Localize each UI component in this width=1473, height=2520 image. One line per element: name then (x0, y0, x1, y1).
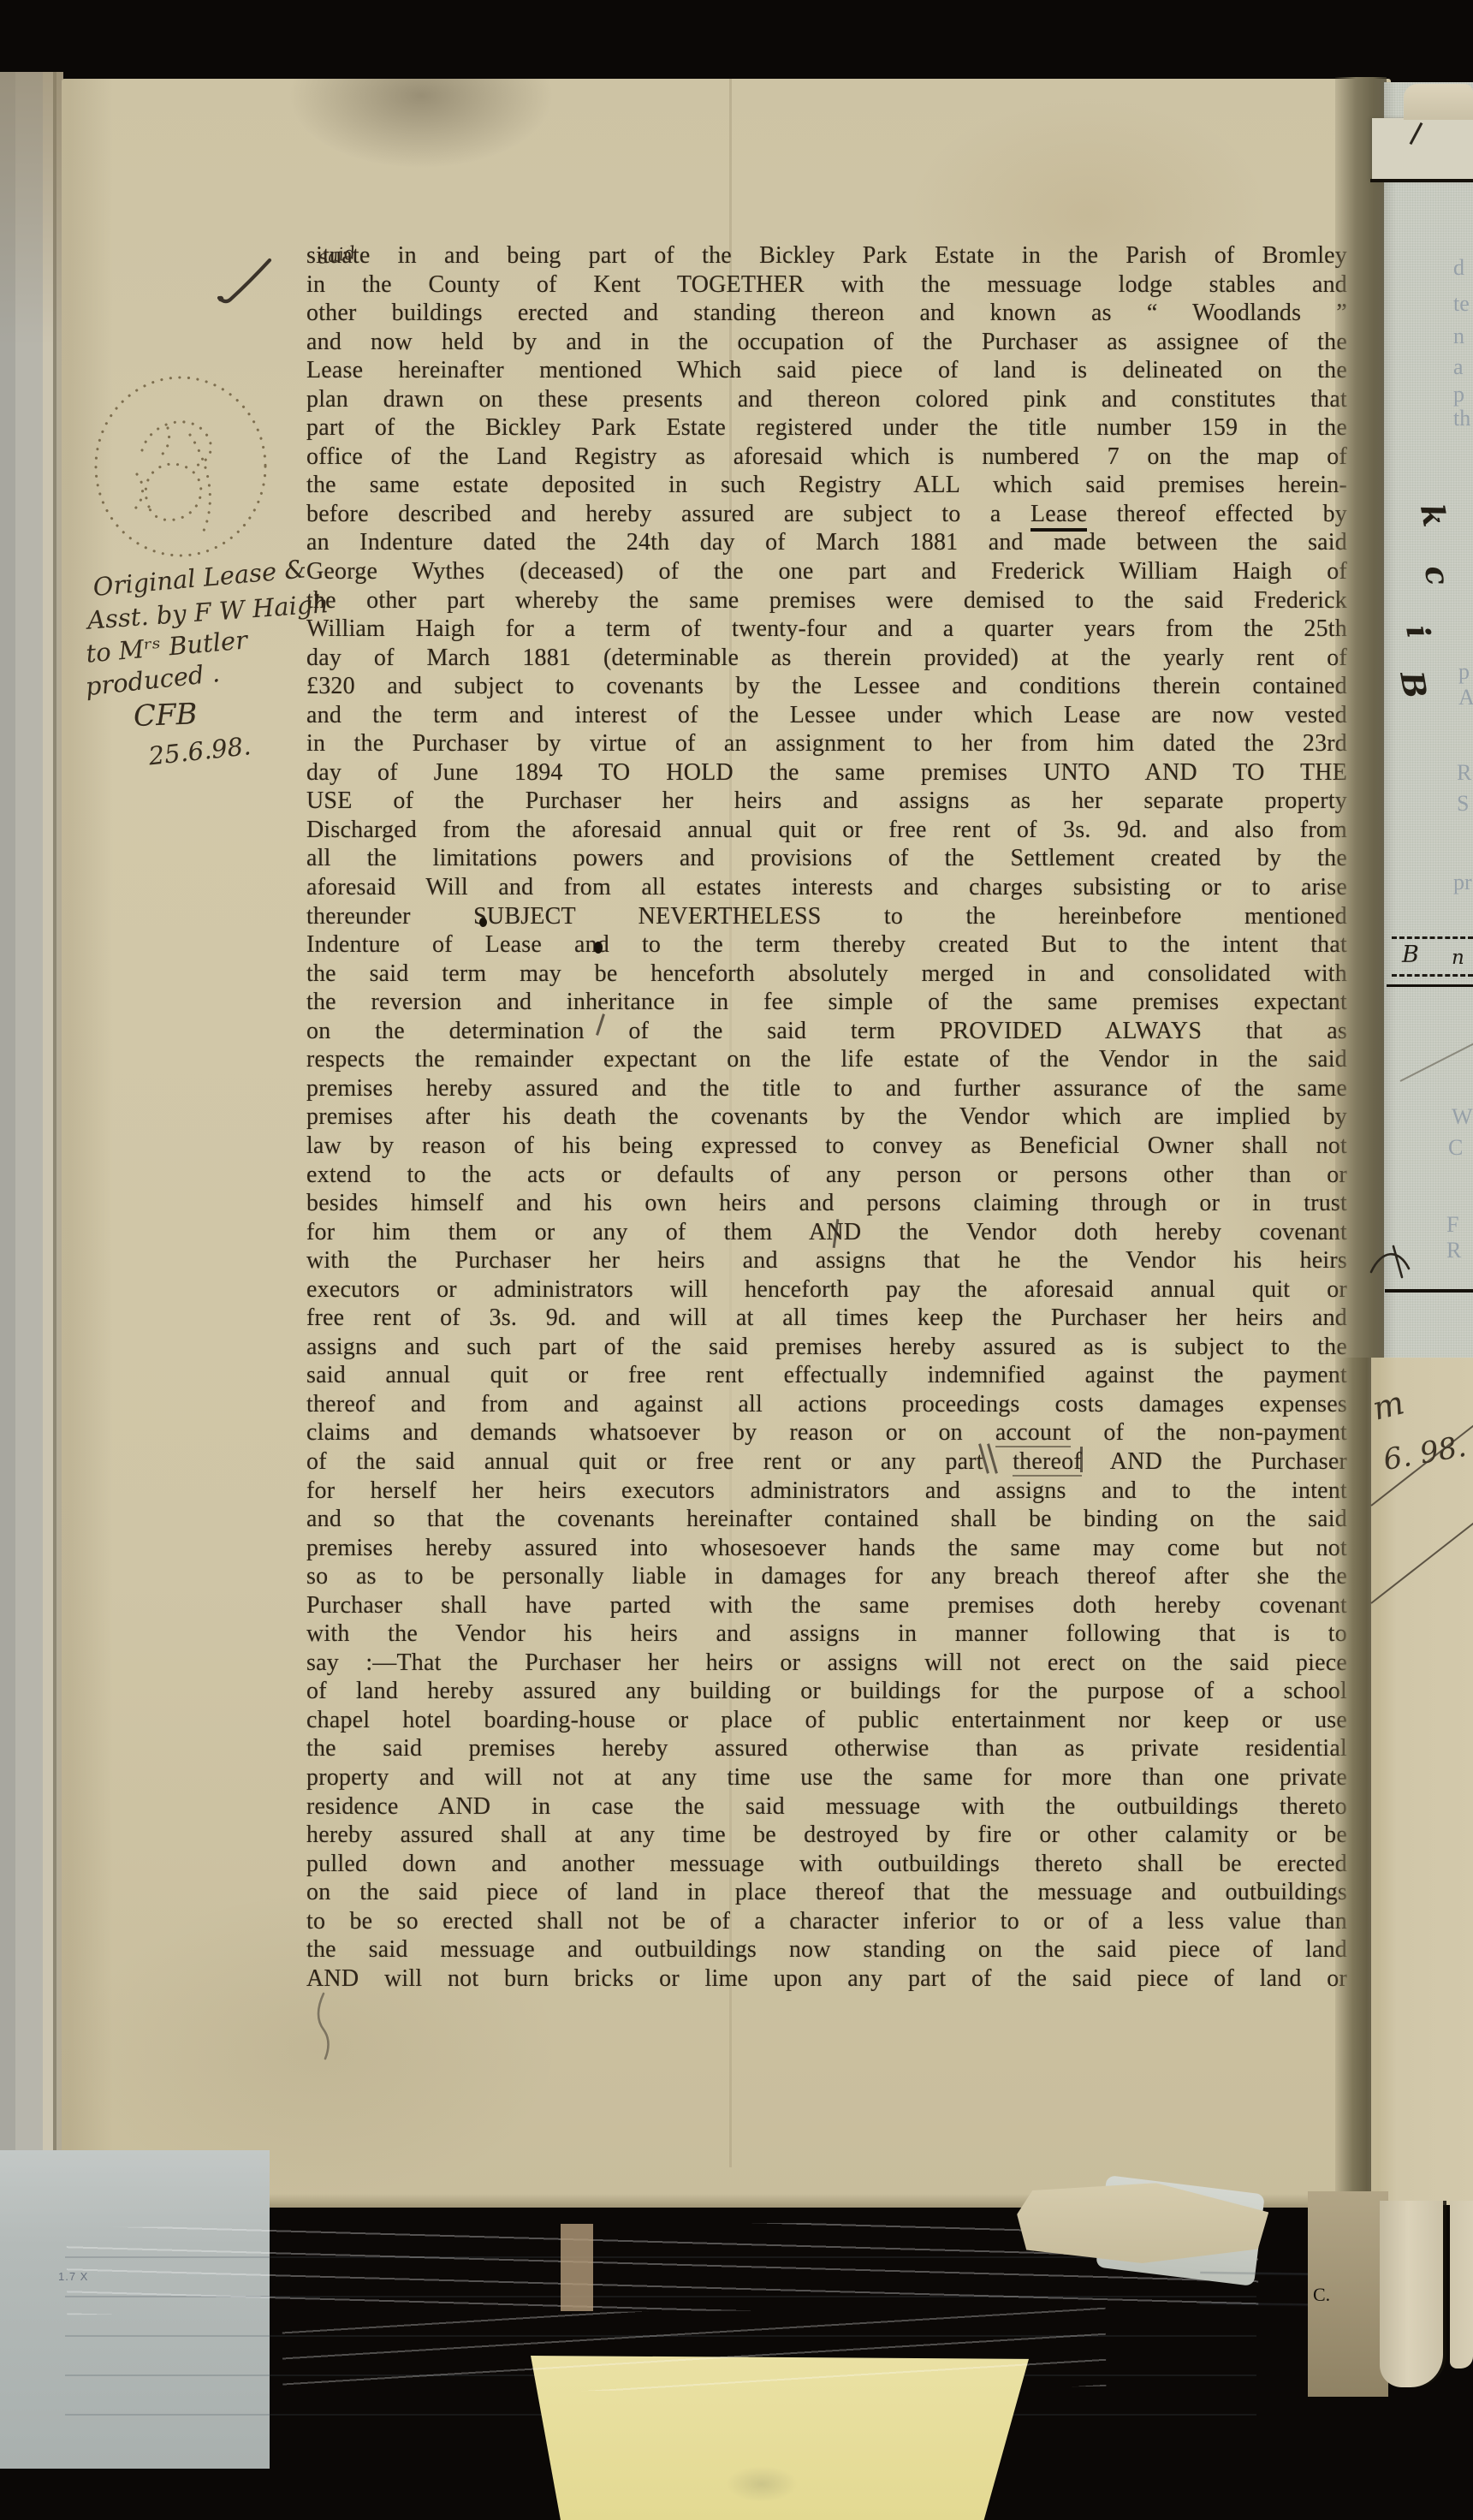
deed-line: Discharged from the aforesaid annual qui… (306, 816, 1347, 845)
pen-flourish (1368, 1243, 1416, 1281)
deed-line: £320 and subject to covenants by the Les… (306, 672, 1347, 701)
deed-line: and now held by and in the occupation of… (306, 328, 1347, 357)
page-gap-shadow (1335, 77, 1387, 1358)
deed-line: USE of the Purchaser her heirs and assig… (306, 787, 1347, 816)
deed-line: the said messuage and outbuildings now s… (306, 1935, 1347, 1964)
rolled-page-edge (1380, 2201, 1443, 2387)
edge-letter: A (1458, 685, 1473, 710)
sheet-label: C. (1313, 2284, 1330, 2306)
deed-line: the said term may be henceforth absolute… (306, 960, 1347, 989)
deed-line: pulled down and another messuage with ou… (306, 1850, 1347, 1879)
rule-line (1385, 1289, 1473, 1293)
edge-letter: F (1446, 1212, 1458, 1238)
deed-line: free rent of 3s. 9d. and will at all tim… (306, 1304, 1347, 1333)
deed-line: extend to the acts or defaults of any pe… (306, 1161, 1347, 1190)
deed-line: before described and hereby assured are … (306, 500, 1347, 529)
rule-line (1370, 179, 1473, 182)
page-gap-shadow (1335, 1358, 1375, 2205)
edge-letter: a (1453, 354, 1464, 380)
deed-line: Purchaser shall have parted with the sam… (306, 1591, 1347, 1620)
form-letter: B (1402, 942, 1419, 968)
deed-line: aforesaid Will and from all estates inte… (306, 873, 1347, 902)
deed-line: so as to be personally liable in damages… (306, 1562, 1347, 1591)
deed-line: of the said annual quit or free rent or … (306, 1447, 1347, 1477)
glassine-sheet-dark (282, 2308, 1107, 2393)
next-page-top-strip (1372, 118, 1473, 181)
edge-letter: R (1446, 1238, 1461, 1263)
deed-line: the said premises hereby assured otherwi… (306, 1734, 1347, 1763)
deed-line: and so that the covenants hereinafter co… (306, 1505, 1347, 1534)
deed-line: residence AND in case the said messuage … (306, 1792, 1347, 1822)
edge-letter: W (1452, 1104, 1473, 1130)
deed-line: claims and demands whatsoever by reason … (306, 1418, 1347, 1447)
edge-letter: C (1448, 1135, 1463, 1161)
deed-line: in the County of Kent TOGETHER with the … (306, 270, 1347, 300)
deed-line: premises hereby assured into whosesoever… (306, 1534, 1347, 1563)
deed-line: of land hereby assured any building or b… (306, 1677, 1347, 1706)
deed-line: thereunder SUBJECT NEVERTHELESS to the h… (306, 902, 1347, 931)
edge-letter: d (1453, 255, 1464, 281)
deed-line: plan drawn on these presents and thereon… (306, 385, 1347, 414)
deed-line: an Indenture dated the 24th day of March… (306, 528, 1347, 557)
edge-letter: te (1453, 291, 1470, 317)
under-pages-edge (0, 72, 63, 2212)
pencil-brace-mark (305, 1991, 342, 2063)
deed-line: premises hereby assured and the title to… (306, 1074, 1347, 1103)
deed-line: with the Purchaser her heirs and assigns… (306, 1246, 1347, 1275)
deed-line: situate in and being part of the Bickley… (306, 241, 1347, 270)
deed-line: other buildings erected and standing the… (306, 299, 1347, 328)
deed-line: thereof and from and against all actions… (306, 1390, 1347, 1419)
deed-line: law by reason of his being expressed to … (306, 1132, 1347, 1161)
archive-scan: Original Lease & Asst. by F W Haigh to M… (0, 0, 1473, 2520)
page-roll-top (1404, 84, 1473, 120)
deed-line: office of the Land Registry as aforesaid… (306, 443, 1347, 472)
deed-line: Lease hereinafter mentioned Which said p… (306, 356, 1347, 385)
deed-line: day of March 1881 (determinable as there… (306, 644, 1347, 673)
edge-letter: p (1453, 382, 1464, 407)
deed-line: for herself her heirs executors administ… (306, 1477, 1347, 1506)
deed-line: besides himself and his own heirs and pe… (306, 1189, 1347, 1218)
deed-line: day of June 1894 TO HOLD the same premis… (306, 758, 1347, 787)
deed-line: all the limitations powers and provision… (306, 844, 1347, 873)
deed-line: hereby assured shall at any time be dest… (306, 1821, 1347, 1850)
deed-line: the same estate deposited in such Regist… (306, 471, 1347, 500)
dashed-rule (1392, 974, 1473, 977)
tape-strip (561, 2224, 593, 2311)
edge-letter: R (1457, 760, 1471, 786)
deed-line: for him them or any of them AND the Vend… (306, 1218, 1347, 1247)
deed-line: say :—That the Purchaser her heirs or as… (306, 1649, 1347, 1678)
deed-line: on the determination of the said term PR… (306, 1017, 1347, 1046)
ink-blot (594, 942, 603, 954)
deed-line: property and will not at any time use th… (306, 1763, 1347, 1792)
deed-line: Indenture of Lease and to the term there… (306, 930, 1347, 960)
deed-text-block: situate in and being part of the Bickley… (306, 241, 1347, 1993)
margin-annotation: Original Lease & Asst. by F W Haigh to M… (78, 544, 335, 792)
ink-blot (479, 918, 487, 927)
deed-line: to be so erected shall not be of a chara… (306, 1907, 1347, 1936)
deed-line: William Haigh for a term of twenty-four … (306, 615, 1347, 644)
deed-line: assigns and such part of the said premis… (306, 1333, 1347, 1362)
right-under-page (1371, 1358, 1473, 2205)
deed-line: in the Purchaser by virtue of an assignm… (306, 729, 1347, 758)
deed-line: George Wythes (deceased) of the one part… (306, 557, 1347, 586)
deed-line: the other part whereby the same premises… (306, 586, 1347, 615)
deed-line: chapel hotel boarding-house or place of … (306, 1706, 1347, 1735)
underlined-word: thereof (1013, 1448, 1082, 1477)
perforated-stamp-icon (89, 371, 272, 562)
margin-note-initials: CFB (133, 697, 198, 734)
rolled-page-edge (1450, 2201, 1473, 2368)
deed-line: part of the Bickley Park Estate register… (306, 413, 1347, 443)
deed-line: with the Vendor his heirs and assigns in… (306, 1620, 1347, 1649)
deed-line: said annual quit or free rent effectuall… (306, 1361, 1347, 1390)
deed-line: AND will not burn bricks or lime upon an… (306, 1964, 1347, 1994)
margin-note-date: 25.6.98. (147, 731, 252, 770)
edge-letter: pr (1453, 870, 1472, 895)
edge-letter: th (1453, 406, 1470, 431)
deed-line: respects the remainder expectant on the … (306, 1045, 1347, 1074)
deed-line: on the said piece of land in place there… (306, 1878, 1347, 1907)
deed-line: executors or administrators will hencefo… (306, 1275, 1347, 1305)
deed-line: premises after his death the covenants b… (306, 1102, 1347, 1132)
form-letter: n (1452, 947, 1464, 969)
deed-line: the reversion and inheritance in fee sim… (306, 988, 1347, 1017)
tick-mark-icon (214, 253, 277, 306)
edge-letter: n (1453, 324, 1464, 349)
underlined-word: Lease (1031, 501, 1087, 532)
underlined-word: account (995, 1419, 1071, 1447)
edge-letter: S (1457, 791, 1469, 817)
pencil-stroke (1080, 1447, 1083, 1472)
rule-line (1387, 984, 1473, 987)
edge-letter: p (1458, 659, 1470, 685)
dashed-rule (1392, 936, 1473, 939)
deed-line: and the term and interest of the Lessee … (306, 701, 1347, 730)
